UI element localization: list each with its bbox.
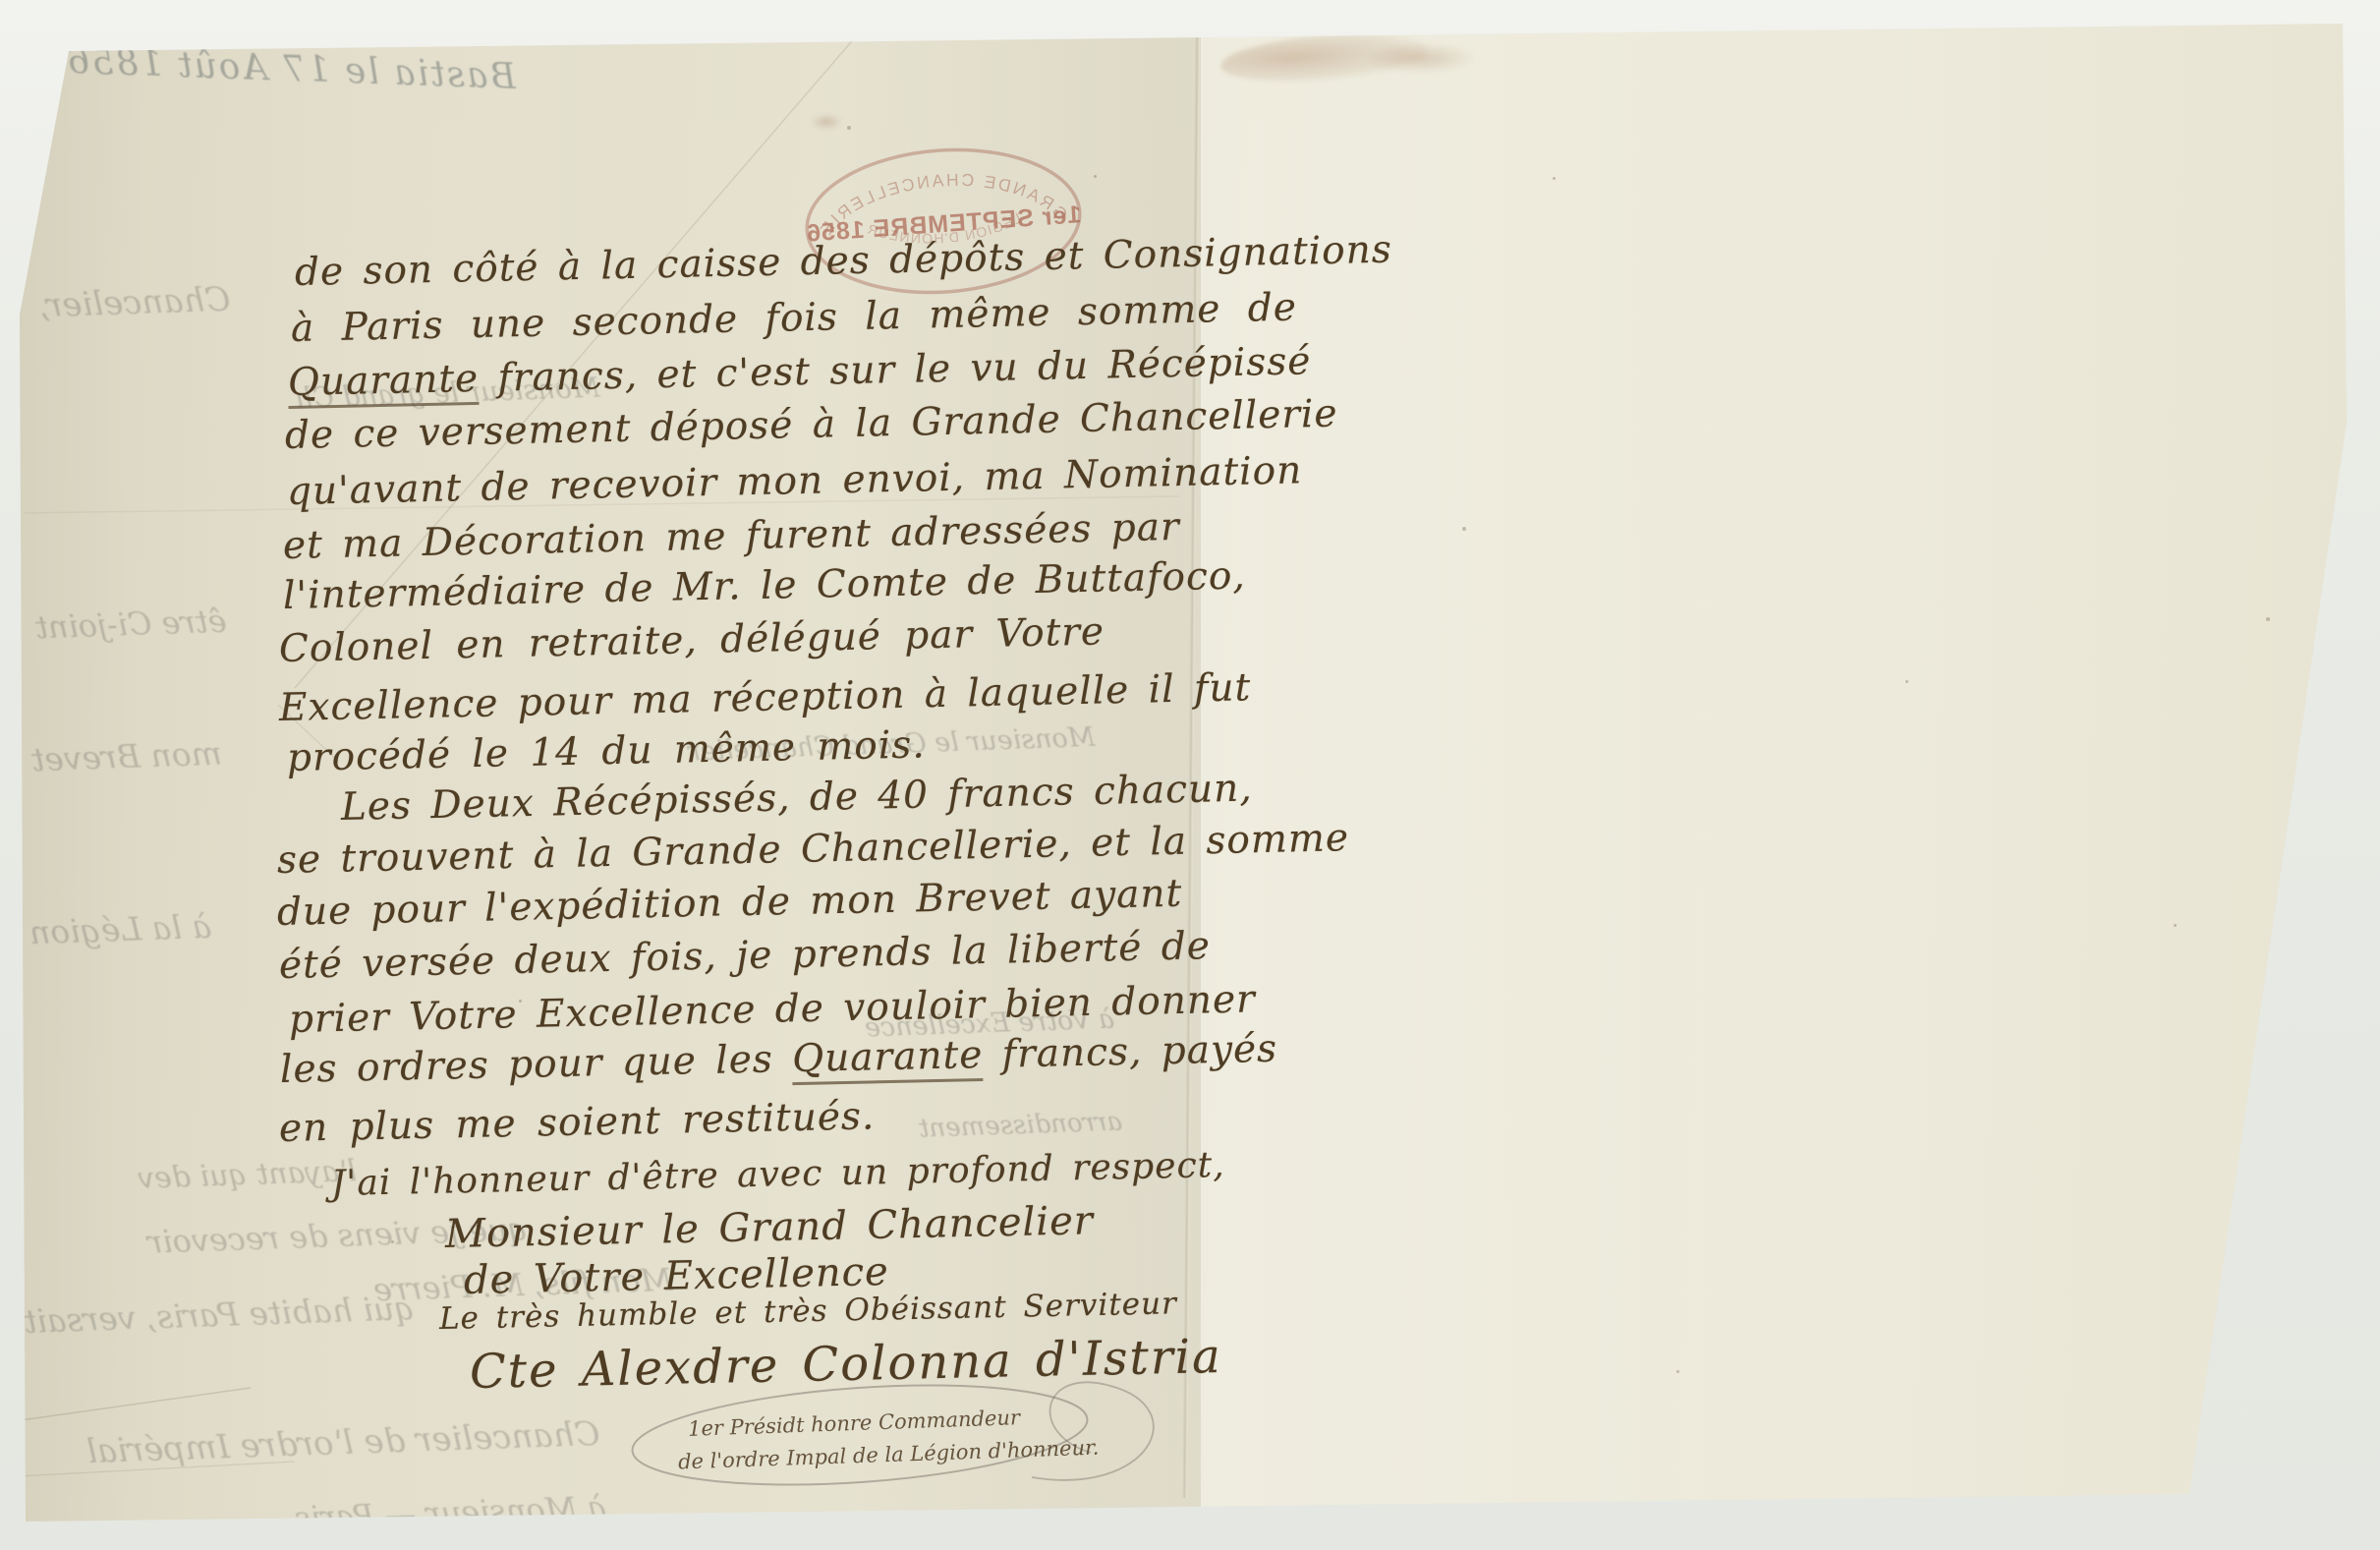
scan-bed: { "colors":{"ink":"#4e3c23","stamp":"#b4…: [0, 0, 2380, 1550]
letter-page: Chancelier, Monsieur le grand Ch être Ci…: [0, 0, 2380, 1550]
dust-speck: [2266, 617, 2270, 621]
dust-speck: [2174, 924, 2177, 927]
dust-speck: [847, 126, 851, 130]
ghost-bleedthrough-text: être Ci-joint: [34, 603, 227, 647]
dust-speck: [1553, 177, 1556, 180]
dust-speck: [1676, 1370, 1679, 1373]
dust-speck: [1905, 680, 1908, 683]
line-text: francs, payés: [983, 1027, 1278, 1077]
underlined-word: Quarante: [288, 357, 480, 409]
ghost-bleedthrough-text: Chancelier,: [38, 280, 231, 326]
dust-speck: [1094, 175, 1097, 178]
dust-speck: [1462, 527, 1466, 531]
ghost-bleedthrough-text: mon Brevet: [30, 734, 222, 779]
underlined-word: Quarante: [792, 1033, 984, 1085]
ghost-bleedthrough-text: à la Légion: [28, 907, 211, 951]
